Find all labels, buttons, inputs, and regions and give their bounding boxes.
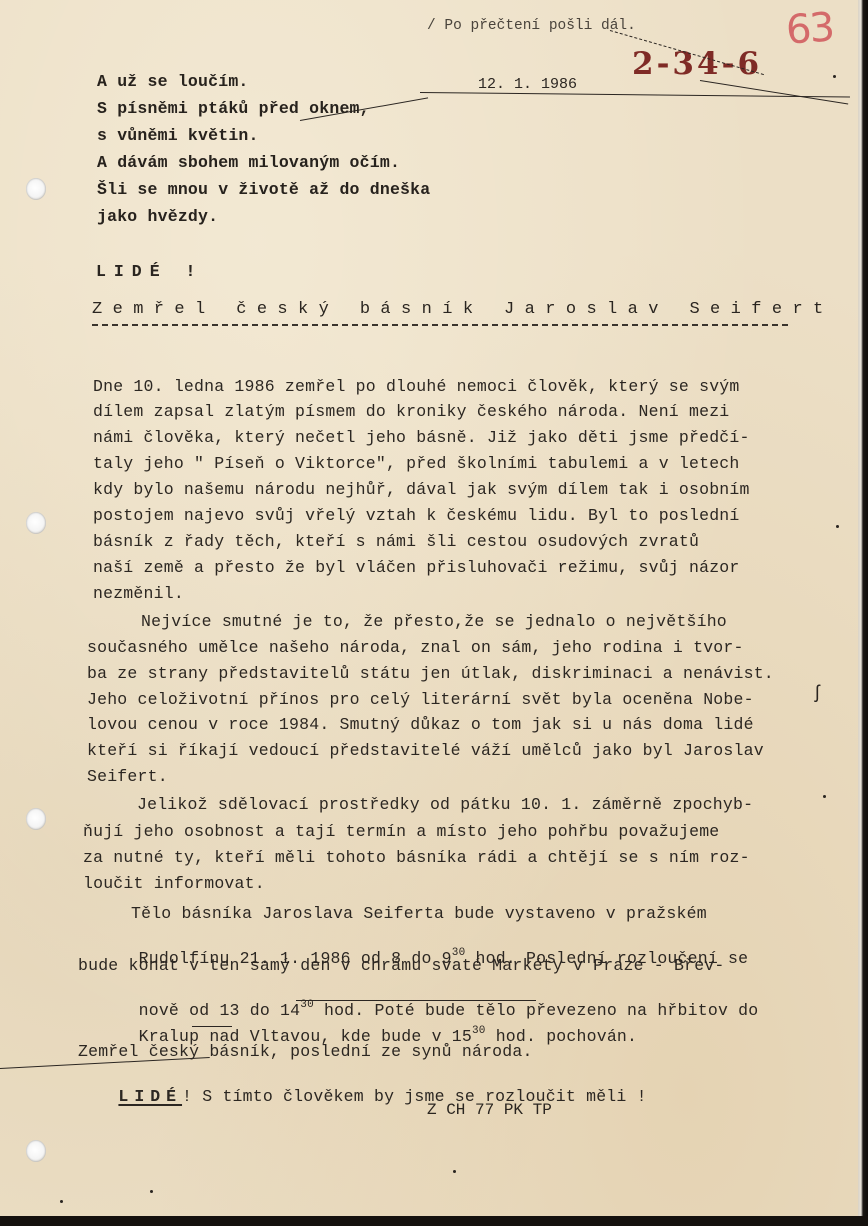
text-line: současného umělce našeho národa, znal on… [87,638,744,657]
scanned-document-page: / Po přečtení pošli dál. 12. 1. 1986 2-3… [0,0,858,1216]
text-line: kteří si říkají vedoucí představitelé vá… [87,741,764,760]
pen-underline [192,1026,232,1027]
text-line: Tělo básníka Jaroslava Seiferta bude vys… [131,904,707,923]
closing-call: LIDÉ! S tímto člověkem by jsme se rozlou… [78,1068,647,1125]
closing-line: Zemřel český básník, poslední ze synů ná… [78,1042,533,1061]
text-line: dílem zapsal zlatým písmem do kroniky če… [93,402,729,421]
poem-line: S písněmi ptáků před oknem, [97,99,370,118]
text-line: lovou cenou v roce 1984. Smutný důkaz o … [87,715,754,734]
punch-hole-lower-middle [26,808,46,830]
paper-speck [836,525,839,528]
heading-lide: LIDÉ ! [96,262,203,281]
title-dashed-underline [92,324,788,326]
paper-speck [833,75,836,78]
text-line: ba ze strany představitelů státu jen útl… [87,664,774,683]
text-line: ňují jeho osobnost a tají termín a místo… [83,822,719,841]
paper-speck [823,795,826,798]
handwritten-page-number: 63 [784,4,834,53]
text-line: Dne 10. ledna 1986 zemřel po dlouhé nemo… [93,377,740,396]
text-line: naší země a přesto že byl vláčen přisluh… [93,558,740,577]
text-line: básník z řady těch, kteří s námi šli ces… [93,532,699,551]
superscript-minutes: 30 [472,1025,486,1037]
margin-pen-mark: ʃ [812,684,823,704]
punch-hole-bottom [26,1140,46,1162]
poem-line: jako hvězdy. [97,207,218,226]
closing-call-text: ! S tímto člověkem by jsme se rozloučit … [182,1087,647,1106]
poem-line: A už se loučím. [97,72,249,91]
document-date: 12. 1. 1986 [478,76,577,93]
closing-lide: LIDÉ [118,1087,182,1106]
signature: Z CH 77 PK TP [427,1101,552,1119]
page-edge-right [858,0,868,1226]
paper-speck [60,1200,63,1203]
text-line: Jelikož sdělovací prostředky od pátku 10… [137,795,753,814]
pen-stroke [700,80,848,104]
poem-line: A dávám sbohem milovaným očím. [97,153,400,172]
text-line: za nutné ty, kteří měli tohoto básníka r… [83,848,750,867]
poem-line: Šli se mnou v životě až do dneška [97,180,430,199]
text-line: loučit informovat. [83,874,265,893]
paper-speck [150,1190,153,1193]
punch-hole-top [26,178,46,200]
punch-hole-upper-middle [26,512,46,534]
archive-annotation: / Po přečtení pošli dál. [427,18,636,34]
text-line: postojem najevo svůj vřelý vztah k české… [93,506,740,525]
poem-line: s vůněmi květin. [97,126,259,145]
text-line: Seifert. [87,767,168,786]
text-line: taly jeho " Píseň o Viktorce", před škol… [93,454,740,473]
text-line: bude konat v ten samý den v chrámu svaté… [78,956,725,975]
text-line: nezměnil. [93,584,184,603]
text-line: kdy bylo našemu národu nejhůř, dával jak… [93,480,750,499]
pen-underline [296,1000,536,1001]
page-edge-bottom [0,1216,868,1226]
paper-speck [453,1170,456,1173]
text-line: námi člověka, který nečetl jeho básně. J… [93,428,750,447]
text-line: Nejvíce smutné je to, že přesto,že se je… [141,612,727,631]
document-title: Zemřel český básník Jaroslav Seifert [92,300,834,319]
text-line: Jeho celoživotní přínos pro celý literár… [87,690,754,709]
archive-stamp: 2-34-6 [632,46,762,82]
